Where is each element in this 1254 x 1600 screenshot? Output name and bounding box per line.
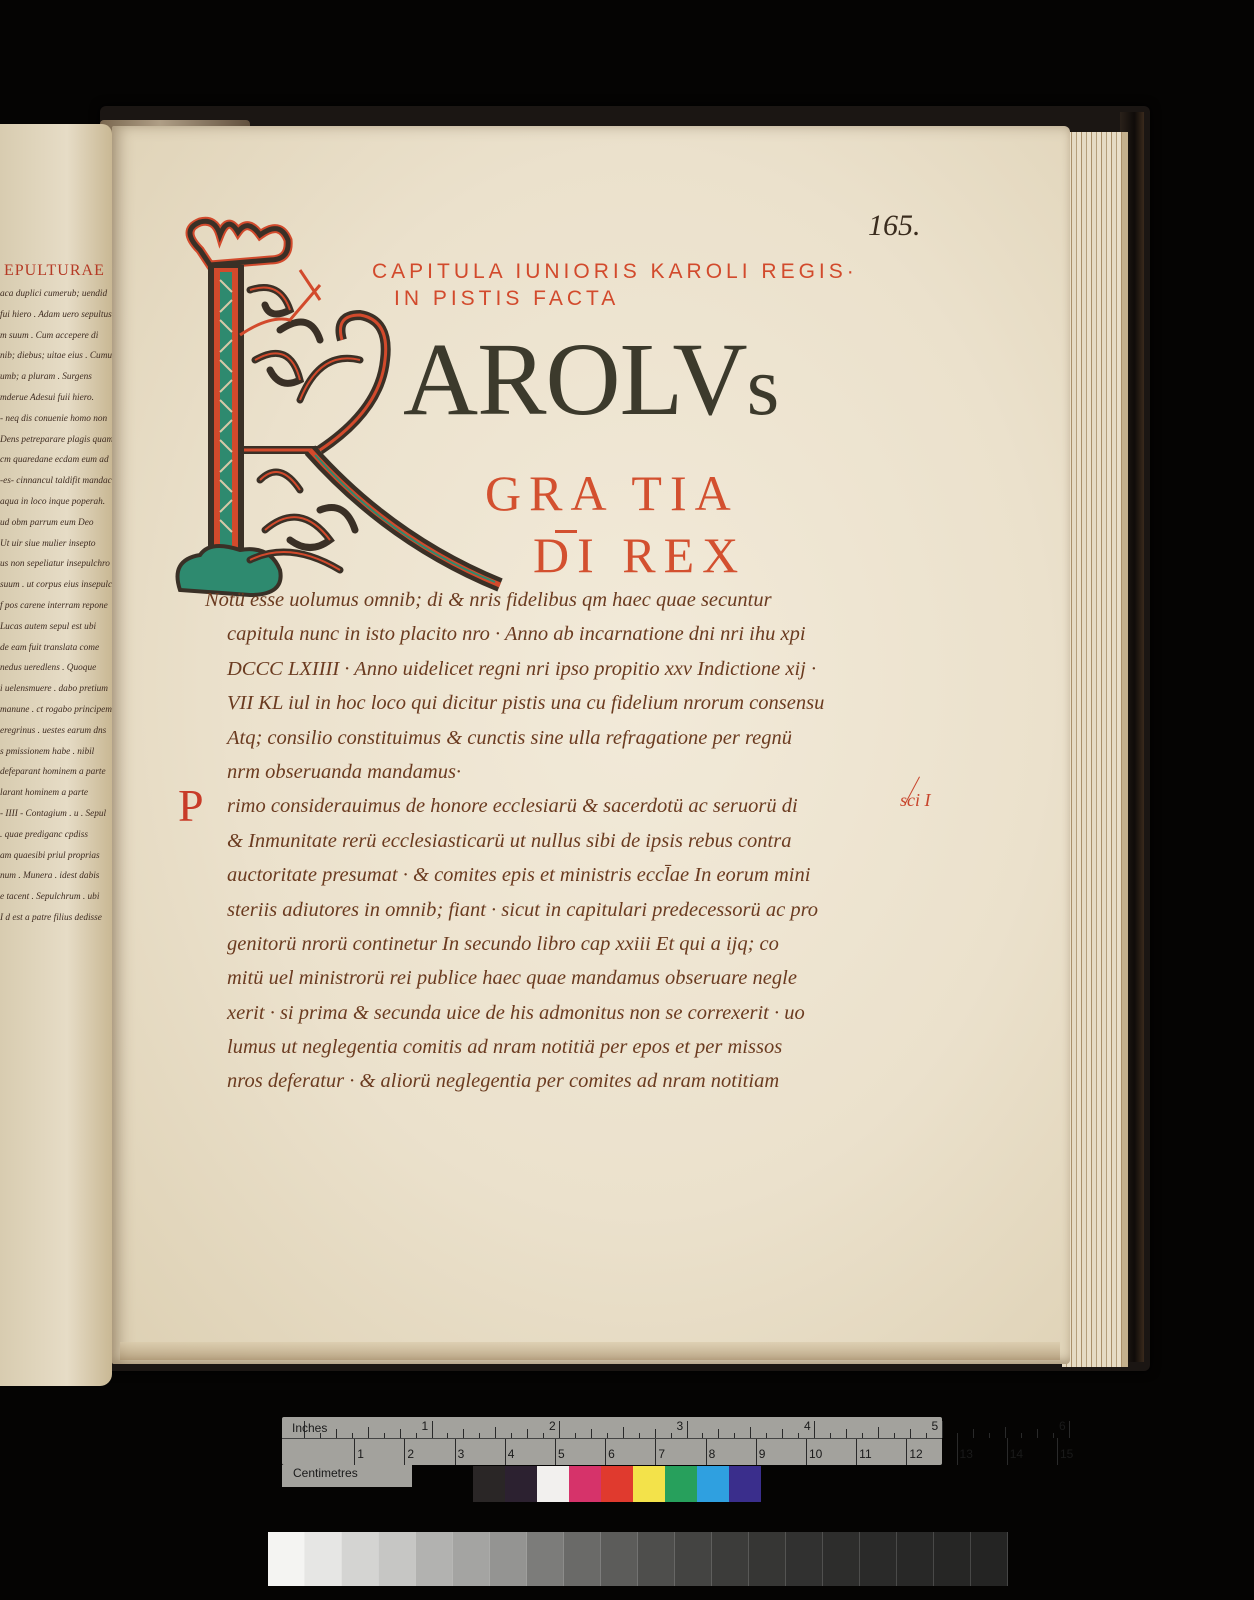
- cm-number: 12: [909, 1447, 922, 1461]
- gray-patch: [305, 1532, 342, 1586]
- inch-tick: [368, 1427, 369, 1438]
- inch-tick: [750, 1427, 751, 1438]
- inch-tick: [973, 1429, 974, 1438]
- cm-tick: [605, 1438, 606, 1465]
- measurement-ruler: 123456123456789101112131415: [282, 1417, 942, 1465]
- chapter-initial-p: P: [178, 779, 204, 832]
- color-calibration-strip: [473, 1466, 761, 1502]
- color-patch: [505, 1466, 537, 1502]
- left-page-text: aca duplici cumerub; uendidfui hiero . A…: [0, 254, 112, 929]
- left-page-line: aca duplici cumerub; uendid: [0, 284, 112, 305]
- left-page-line: mderue Adesui fuii hiero.: [0, 388, 112, 409]
- left-page-line: num . Munera . idest dabis: [0, 866, 112, 887]
- cm-tick: [655, 1438, 656, 1465]
- inch-tick: [591, 1429, 592, 1438]
- inch-tick: [1005, 1427, 1006, 1438]
- cm-number: 14: [1010, 1447, 1023, 1461]
- inch-tick: [718, 1429, 719, 1438]
- inch-tick: [495, 1427, 496, 1438]
- cm-number: 9: [759, 1447, 766, 1461]
- folio-number: 165.: [868, 209, 921, 243]
- body-line: rimo considerauimus de honore ecclesiarü…: [205, 789, 925, 823]
- cm-number: 7: [658, 1447, 665, 1461]
- inch-number: 6: [1059, 1419, 1066, 1433]
- page-bottom-edge: [120, 1342, 1060, 1360]
- inch-tick: [878, 1427, 879, 1438]
- left-page-line: - neq dis conuenie homo non: [0, 409, 112, 430]
- di-rex-line: DI REX: [533, 526, 746, 584]
- gray-patch: [897, 1532, 934, 1586]
- gray-patch: [675, 1532, 712, 1586]
- body-line: auctoritate presumat · & comites epis et…: [205, 858, 925, 892]
- cm-tick: [505, 1438, 506, 1465]
- inch-number: 5: [932, 1419, 939, 1433]
- color-patch: [569, 1466, 601, 1502]
- body-line: DCCC LXIIII · Anno uidelicet regni nri i…: [205, 652, 925, 686]
- gray-patch: [268, 1532, 305, 1586]
- body-line: genitorü nrorü continetur In secundo lib…: [205, 927, 925, 961]
- inch-tick: [336, 1429, 337, 1438]
- gray-patch: [342, 1532, 379, 1586]
- inch-tick: [1021, 1433, 1022, 1438]
- color-patch: [537, 1466, 569, 1502]
- inch-number: 1: [422, 1419, 429, 1433]
- gray-patch: [453, 1532, 490, 1586]
- cm-number: 3: [458, 1447, 465, 1461]
- gray-patch: [638, 1532, 675, 1586]
- ruler-divider: [282, 1438, 942, 1439]
- inch-tick: [1037, 1429, 1038, 1438]
- cm-tick: [455, 1438, 456, 1465]
- body-line: lumus ut neglegentia comitis ad nram not…: [205, 1030, 925, 1064]
- inch-tick: [814, 1421, 815, 1438]
- cm-tick: [957, 1438, 958, 1465]
- margin-note: sci I: [900, 790, 931, 811]
- left-page-line: fui hiero . Adam uero sepultus: [0, 305, 112, 326]
- cm-tick: [1007, 1438, 1008, 1465]
- left-page-line: eregrinus . uestes earum dns: [0, 721, 112, 742]
- inch-number: 4: [804, 1419, 811, 1433]
- gray-patch: [416, 1532, 453, 1586]
- cm-tick: [555, 1438, 556, 1465]
- inch-tick: [623, 1427, 624, 1438]
- inch-tick: [559, 1421, 560, 1438]
- cm-tick: [856, 1438, 857, 1465]
- inch-tick: [782, 1429, 783, 1438]
- gray-patch: [490, 1532, 527, 1586]
- cm-number: 2: [407, 1447, 414, 1461]
- color-patch: [729, 1466, 761, 1502]
- inch-tick: [463, 1429, 464, 1438]
- display-word-main: AROLV: [403, 322, 747, 437]
- color-patch: [473, 1466, 505, 1502]
- inch-number: 3: [677, 1419, 684, 1433]
- left-page-line: suum . ut corpus eius insepulchro: [0, 575, 112, 596]
- left-page-line: - IIII - Contagium . u . Sepul: [0, 804, 112, 825]
- gray-patch: [749, 1532, 786, 1586]
- gray-patch: [971, 1532, 1008, 1586]
- gray-patch: [860, 1532, 897, 1586]
- left-page-line: de eam fuit translata come: [0, 638, 112, 659]
- left-page-line: defeparant hominem a parte: [0, 762, 112, 783]
- body-line: steriis adiutores in omnib; fiant · sicu…: [205, 893, 925, 927]
- inch-tick: [1069, 1421, 1070, 1438]
- left-page-line: manune . ct rogabo principem: [0, 700, 112, 721]
- left-page-line: ud obm parrum eum Deo: [0, 513, 112, 534]
- inch-tick: [655, 1429, 656, 1438]
- cm-number: 1: [357, 1447, 364, 1461]
- cm-number: 10: [809, 1447, 822, 1461]
- left-page-line: s pmissionem habe . nibil: [0, 742, 112, 763]
- inch-tick: [400, 1429, 401, 1438]
- gray-patch: [527, 1532, 564, 1586]
- left-page-line: I d est a patre filius dedisse: [0, 908, 112, 929]
- left-page-line: f pos carene interram repone: [0, 596, 112, 617]
- left-page-line: . quae prediganc cpdiss: [0, 825, 112, 846]
- inch-number: 2: [549, 1419, 556, 1433]
- left-page-line: nedus ueredlens . Quoque: [0, 658, 112, 679]
- body-line: Atq; consilio constituimus & cunctis sin…: [205, 721, 925, 755]
- cm-tick: [806, 1438, 807, 1465]
- left-page-line: us non sepeliatur insepulchro: [0, 554, 112, 575]
- body-line: mitü uel ministrorü rei publice haec qua…: [205, 961, 925, 995]
- left-page-line: -es- cinnancul taldifit mandacum: [0, 471, 112, 492]
- color-patch: [633, 1466, 665, 1502]
- left-page-line: e tacent . Sepulchrum . ubi: [0, 887, 112, 908]
- body-line: VII KL iul in hoc loco qui dicitur pisti…: [205, 686, 925, 720]
- left-page-line: m suum . Cum accepere di: [0, 326, 112, 347]
- gray-patch: [379, 1532, 416, 1586]
- cm-tick: [354, 1438, 355, 1465]
- inch-tick: [846, 1429, 847, 1438]
- manuscript-body-text: Notü esse uolumus omnib; di & nris fidel…: [205, 583, 925, 1099]
- cm-tick: [706, 1438, 707, 1465]
- left-page-line: i uelensmuere . dabo pretium: [0, 679, 112, 700]
- page-stack: [1062, 132, 1128, 1367]
- cm-tick: [906, 1438, 907, 1465]
- inch-tick: [942, 1421, 943, 1438]
- left-page-line: Lucas autem sepul est ubi: [0, 617, 112, 638]
- cm-number: 8: [709, 1447, 716, 1461]
- cm-number: 5: [558, 1447, 565, 1461]
- color-patch: [697, 1466, 729, 1502]
- cm-number: 6: [608, 1447, 615, 1461]
- gray-patch: [601, 1532, 638, 1586]
- display-word-karolus: AROLVs: [403, 330, 778, 437]
- inch-tick: [687, 1421, 688, 1438]
- cm-number: 15: [1060, 1447, 1073, 1461]
- gray-patch: [934, 1532, 971, 1586]
- left-page-line: nib; diebus; uitae eius . Cumur: [0, 346, 112, 367]
- left-page-line: aqua in loco inque poperah.: [0, 492, 112, 513]
- inch-tick: [527, 1429, 528, 1438]
- left-page-line: Dens petreparare plagis quam: [0, 430, 112, 451]
- color-patch: [665, 1466, 697, 1502]
- cm-tick: [1057, 1438, 1058, 1465]
- color-patch: [601, 1466, 633, 1502]
- display-word-tail: s: [747, 340, 779, 433]
- body-line: nrm obseruanda mandamus·: [205, 755, 925, 789]
- centimetres-label: Centimetres: [293, 1466, 358, 1480]
- inch-tick: [1053, 1433, 1054, 1438]
- cm-number: 4: [508, 1447, 515, 1461]
- body-line: nros deferatur · & aliorü neglegentia pe…: [205, 1064, 925, 1098]
- cm-tick: [756, 1438, 757, 1465]
- inch-tick: [957, 1433, 958, 1438]
- inch-tick: [910, 1429, 911, 1438]
- grayscale-calibration-strip: [268, 1532, 1008, 1586]
- inches-label: Inches: [292, 1421, 327, 1435]
- gray-patch: [823, 1532, 860, 1586]
- body-line: capitula nunc in isto placito nro · Anno…: [205, 617, 925, 651]
- left-page-line: Ut uir siue mulier insepto: [0, 534, 112, 555]
- body-line: xerit · si prima & secunda uice de his a…: [205, 996, 925, 1030]
- left-page-line: cm quaredane ecdam eum ad: [0, 450, 112, 471]
- left-page-line: umb; a pluram . Surgens: [0, 367, 112, 388]
- inch-tick: [989, 1433, 990, 1438]
- body-line: & Inmunitate rerü ecclesiasticarü ut nul…: [205, 824, 925, 858]
- cm-number: 13: [960, 1447, 973, 1461]
- gray-patch: [712, 1532, 749, 1586]
- cm-number: 11: [859, 1447, 871, 1461]
- gray-patch: [564, 1532, 601, 1586]
- left-page-line: am quaesibi priul proprias: [0, 846, 112, 867]
- gray-patch: [786, 1532, 823, 1586]
- inch-tick: [432, 1421, 433, 1438]
- body-line: Notü esse uolumus omnib; di & nris fidel…: [205, 583, 925, 617]
- cm-tick: [404, 1438, 405, 1465]
- gratia-line: GRA TIA: [485, 464, 739, 522]
- left-page-line: larant hominem a parte: [0, 783, 112, 804]
